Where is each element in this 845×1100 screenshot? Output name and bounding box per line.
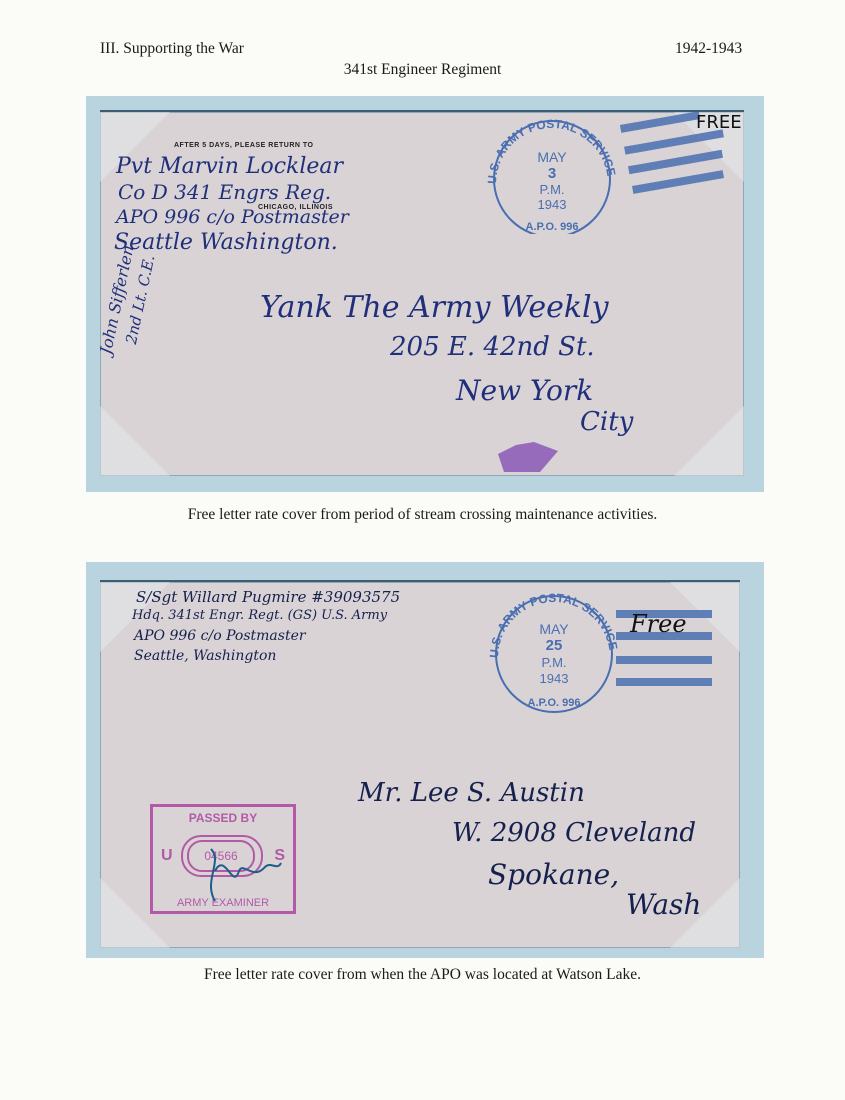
examiner-left-letter: U xyxy=(161,847,173,865)
cover-caption-1: Free letter rate cover from period of st… xyxy=(0,506,845,524)
examiner-signature xyxy=(193,841,283,907)
photo-corner xyxy=(674,406,744,476)
postmark-1: U.S. ARMY POSTAL SERVICE A.P.O. 996 MAY … xyxy=(478,114,628,234)
army-examiner-stamp: PASSED BY U S 04566 ARMY EXAMINER xyxy=(150,804,296,914)
cover-caption-2: Free letter rate cover from when the APO… xyxy=(0,966,845,984)
svg-text:A.P.O. 996: A.P.O. 996 xyxy=(526,221,579,233)
addressee-line: Yank The Army Weekly xyxy=(260,290,609,325)
svg-text:25: 25 xyxy=(546,637,563,654)
year-range: 1942-1943 xyxy=(675,40,742,58)
svg-text:P.M.: P.M. xyxy=(539,182,564,197)
addressee-line: 205 E. 42nd St. xyxy=(390,332,595,362)
return-address-line: Pvt Marvin Locklear xyxy=(116,154,343,179)
svg-text:A.P.O. 996: A.P.O. 996 xyxy=(528,697,581,709)
addressee-line: Wash xyxy=(626,888,701,921)
cover-mount-2: S/Sgt Willard Pugmire #39093575 Hdq. 341… xyxy=(86,562,764,958)
return-address-line: Hdq. 341st Engr. Regt. (GS) U.S. Army xyxy=(132,608,387,623)
addressee-line: City xyxy=(580,407,633,437)
free-marking: FREE xyxy=(696,112,742,133)
section-heading: III. Supporting the War xyxy=(100,40,244,58)
addressee-line: Mr. Lee S. Austin xyxy=(358,778,585,808)
free-marking: Free xyxy=(630,610,687,638)
page-title: 341st Engineer Regiment xyxy=(0,61,845,79)
examiner-top-text: PASSED BY xyxy=(153,811,293,825)
addressee-line: Spokane, xyxy=(488,858,619,891)
svg-text:3: 3 xyxy=(548,165,556,182)
return-address-line: Seattle, Washington xyxy=(134,648,276,664)
photo-corner xyxy=(100,406,170,476)
postmark-2: U.S. ARMY POSTAL SERVICE A.P.O. 996 MAY … xyxy=(484,586,624,716)
return-address-line: APO 996 c/o Postmaster xyxy=(134,628,306,644)
return-instruction: AFTER 5 DAYS, PLEASE RETURN TO xyxy=(174,142,313,149)
svg-text:MAY: MAY xyxy=(537,149,567,165)
envelope-2: S/Sgt Willard Pugmire #39093575 Hdq. 341… xyxy=(100,580,740,948)
svg-text:MAY: MAY xyxy=(539,621,569,637)
svg-text:1943: 1943 xyxy=(538,197,567,212)
envelope-1: AFTER 5 DAYS, PLEASE RETURN TO CHICAGO, … xyxy=(100,110,744,476)
addressee-line: New York xyxy=(456,374,593,407)
return-address-line: Co D 341 Engrs Reg. xyxy=(118,180,331,204)
svg-text:P.M.: P.M. xyxy=(541,655,566,670)
addressee-line: W. 2908 Cleveland xyxy=(452,818,696,848)
svg-text:1943: 1943 xyxy=(540,671,569,686)
cover-mount-1: AFTER 5 DAYS, PLEASE RETURN TO CHICAGO, … xyxy=(86,96,764,492)
return-address-line: APO 996 c/o Postmaster xyxy=(116,206,349,228)
purple-stamp-fragment xyxy=(498,442,558,472)
return-address-line: S/Sgt Willard Pugmire #39093575 xyxy=(136,588,400,606)
return-address-line: Seattle Washington. xyxy=(114,230,338,255)
